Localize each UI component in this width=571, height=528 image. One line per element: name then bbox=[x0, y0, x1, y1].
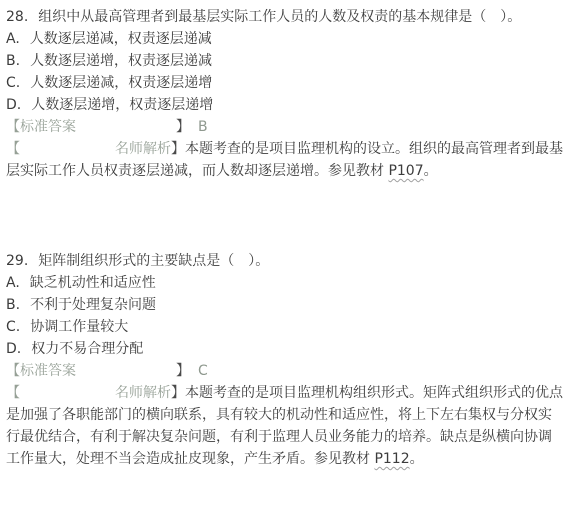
standard-answer-value: C bbox=[198, 363, 208, 379]
option-b: B.人数逐层递增，权责逐层递减 bbox=[6, 50, 565, 72]
bracket-open: 【 bbox=[6, 385, 20, 401]
option-letter: C. bbox=[6, 316, 20, 338]
question-29: 29.矩阵制组织形式的主要缺点是（ ）。 A.缺乏机动性和适应性 B.不利于处理… bbox=[6, 250, 565, 470]
option-letter: B. bbox=[6, 294, 20, 316]
standard-answer-line: 【标准答案】C bbox=[6, 360, 565, 382]
option-text: 人数逐层递增，权责逐层递增 bbox=[31, 97, 213, 113]
option-letter: A. bbox=[6, 28, 20, 50]
bracket-close: 】 bbox=[176, 119, 190, 135]
option-text: 人数逐层递减，权责逐层递减 bbox=[30, 31, 212, 47]
question-number: 29. bbox=[6, 250, 28, 272]
option-text: 权力不易合理分配 bbox=[31, 341, 143, 357]
textbook-page-ref: P112 bbox=[374, 451, 409, 467]
option-letter: B. bbox=[6, 50, 20, 72]
question-stem: 组织中从最高管理者到最基层实际工作人员的人数及权责的基本规律是（ ）。 bbox=[38, 9, 521, 25]
option-a: A.人数逐层递减，权责逐层递减 bbox=[6, 28, 565, 50]
answer-spacer bbox=[76, 374, 176, 375]
analysis-label: 名师解析 bbox=[115, 385, 171, 401]
option-c: C.协调工作量较大 bbox=[6, 316, 565, 338]
option-text: 不利于处理复杂问题 bbox=[30, 297, 156, 313]
question-number: 28. bbox=[6, 6, 28, 28]
bracket-close: 】 bbox=[171, 385, 185, 401]
analysis-paragraph: 【名师解析】本题考查的是项目监理机构的设立。组织的最高管理者到最基层实际工作人员… bbox=[6, 138, 565, 182]
analysis-text: 本题考查的是项目监理机构的设立。组织的最高管理者到最基层实际工作人员权责逐层递减… bbox=[6, 141, 563, 179]
question-stem: 矩阵制组织形式的主要缺点是（ ）。 bbox=[38, 253, 269, 269]
standard-answer-label: 标准答案 bbox=[20, 119, 76, 135]
standard-answer-line: 【标准答案】B bbox=[6, 116, 565, 138]
option-text: 人数逐层递增，权责逐层递减 bbox=[30, 53, 212, 69]
option-letter: D. bbox=[6, 94, 21, 116]
option-d: D.权力不易合理分配 bbox=[6, 338, 565, 360]
analysis-suffix: 。 bbox=[424, 163, 438, 179]
option-c: C.人数逐层递减，权责逐层递增 bbox=[6, 72, 565, 94]
analysis-text: 本题考查的是项目监理机构组织形式。矩阵式组织形式的优点是加强了各职能部门的横向联… bbox=[6, 385, 563, 467]
option-letter: C. bbox=[6, 72, 20, 94]
question-stem-line: 28.组织中从最高管理者到最基层实际工作人员的人数及权责的基本规律是（ ）。 bbox=[6, 6, 565, 28]
option-d: D.人数逐层递增，权责逐层递增 bbox=[6, 94, 565, 116]
standard-answer-label: 标准答案 bbox=[20, 363, 76, 379]
option-text: 协调工作量较大 bbox=[30, 319, 128, 335]
bracket-open: 【 bbox=[6, 363, 20, 379]
option-letter: D. bbox=[6, 338, 21, 360]
bracket-open: 【 bbox=[6, 119, 20, 135]
question-28: 28.组织中从最高管理者到最基层实际工作人员的人数及权责的基本规律是（ ）。 A… bbox=[6, 6, 565, 182]
option-text: 人数逐层递减，权责逐层递增 bbox=[30, 75, 212, 91]
analysis-spacer bbox=[20, 152, 115, 153]
answer-spacer bbox=[76, 130, 176, 131]
option-letter: A. bbox=[6, 272, 20, 294]
option-text: 缺乏机动性和适应性 bbox=[30, 275, 156, 291]
bracket-close: 】 bbox=[176, 363, 190, 379]
analysis-spacer bbox=[20, 396, 115, 397]
exam-answer-sheet: 28.组织中从最高管理者到最基层实际工作人员的人数及权责的基本规律是（ ）。 A… bbox=[0, 0, 571, 470]
option-b: B.不利于处理复杂问题 bbox=[6, 294, 565, 316]
analysis-suffix: 。 bbox=[410, 451, 424, 467]
bracket-open: 【 bbox=[6, 141, 20, 157]
question-stem-line: 29.矩阵制组织形式的主要缺点是（ ）。 bbox=[6, 250, 565, 272]
analysis-label: 名师解析 bbox=[115, 141, 171, 157]
standard-answer-value: B bbox=[198, 119, 208, 135]
analysis-paragraph: 【名师解析】本题考查的是项目监理机构组织形式。矩阵式组织形式的优点是加强了各职能… bbox=[6, 382, 565, 470]
textbook-page-ref: P107 bbox=[388, 163, 423, 179]
bracket-close: 】 bbox=[171, 141, 185, 157]
option-a: A.缺乏机动性和适应性 bbox=[6, 272, 565, 294]
